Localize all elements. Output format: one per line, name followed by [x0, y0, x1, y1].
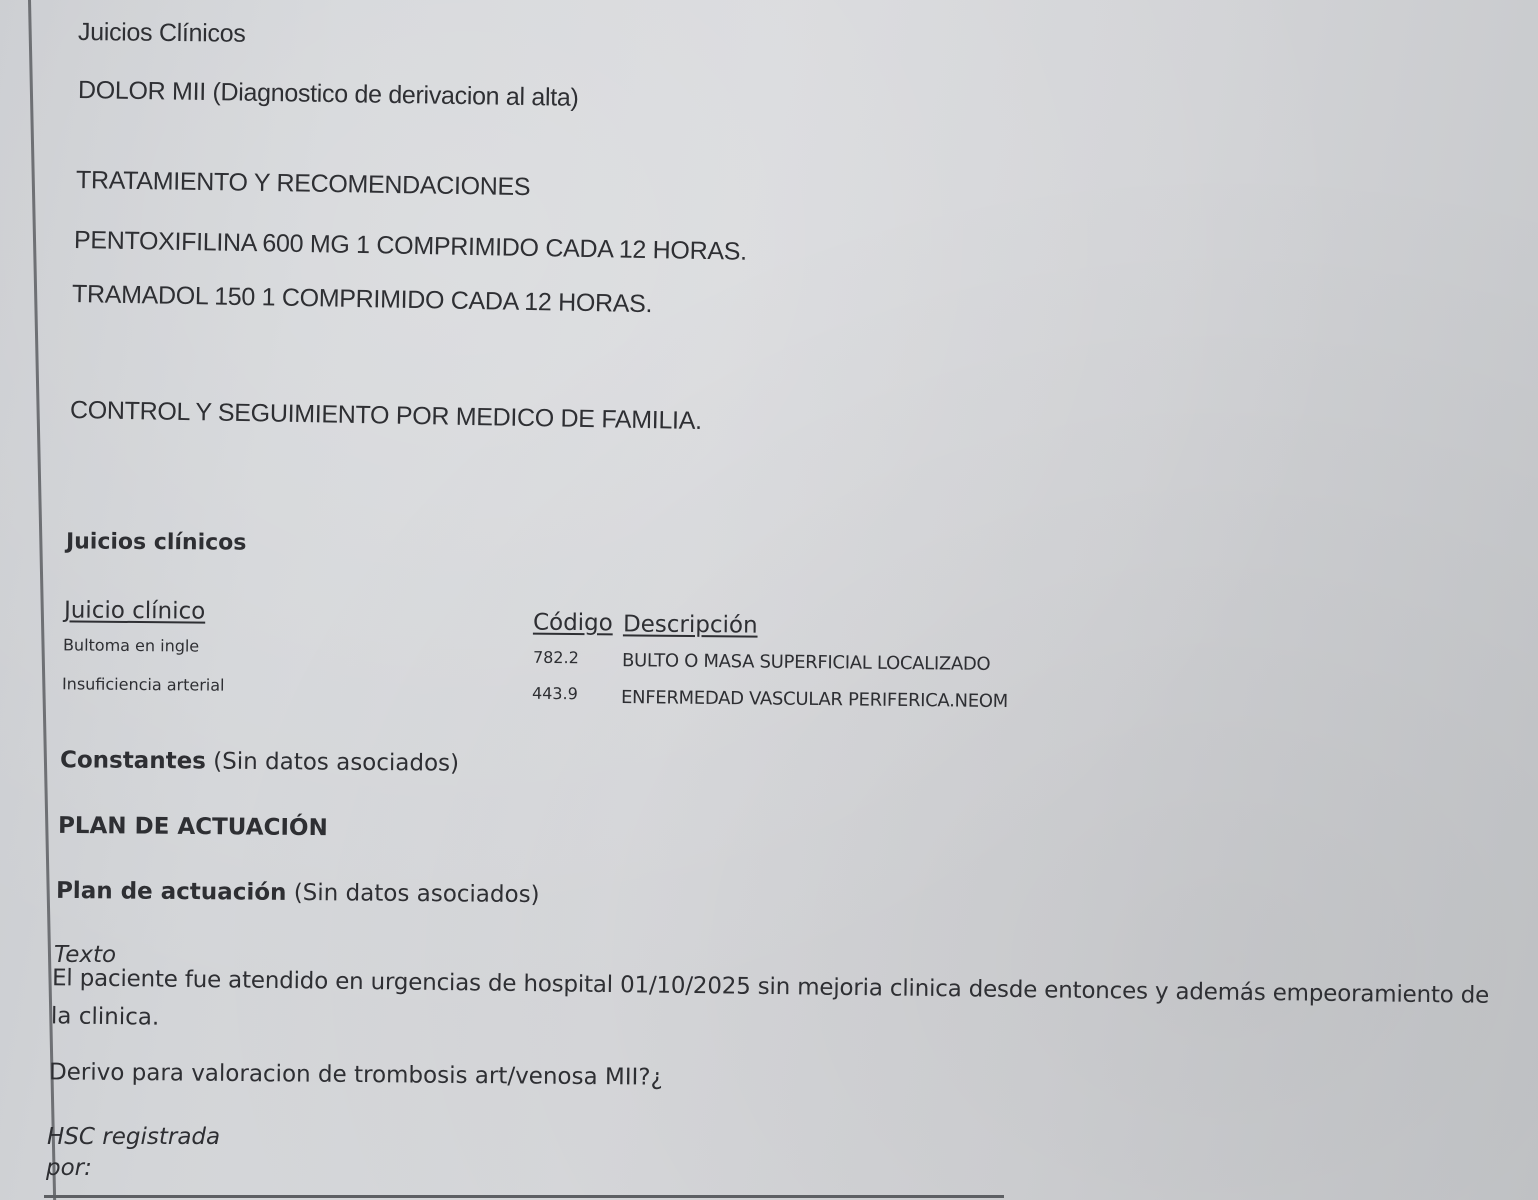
clinical-document-page: Juicios Clínicos DOLOR MII (Diagnostico …	[0, 0, 1538, 1200]
discharge-diagnosis: DOLOR MII (Diagnostico de derivacion al …	[78, 76, 579, 113]
registered-by-por: por:	[46, 1155, 92, 1181]
code-cell: 782.2	[533, 648, 579, 667]
column-header-judgment: Juicio clínico	[64, 597, 206, 624]
registered-by-label: HSC registrada	[47, 1124, 220, 1150]
plan-label: Plan de actuación	[56, 878, 287, 906]
judgment-cell: Bultoma en ingle	[63, 635, 199, 655]
texto-line-2: la clinica.	[51, 1003, 160, 1030]
medication-pentoxifilina: PENTOXIFILINA 600 MG 1 COMPRIMIDO CADA 1…	[74, 226, 747, 267]
constantes-value: (Sin datos asociados)	[213, 749, 459, 777]
plan-value: (Sin datos asociados)	[294, 880, 540, 908]
column-header-code: Código	[533, 610, 613, 637]
constantes-label: Constantes	[60, 747, 206, 774]
follow-up-note: CONTROL Y SEGUIMIENTO POR MEDICO DE FAMI…	[70, 396, 702, 436]
clinical-judgments-heading: Juicios clínicos	[66, 529, 247, 555]
treatment-heading: TRATAMIENTO Y RECOMENDACIONES	[76, 166, 531, 202]
texto-label: Texto	[54, 942, 116, 968]
plan-heading: PLAN DE ACTUACIÓN	[58, 813, 328, 841]
plan-line: Plan de actuación (Sin datos asociados)	[56, 878, 540, 908]
description-cell: BULTO O MASA SUPERFICIAL LOCALIZADO	[622, 650, 991, 675]
texto-line-1: El paciente fue atendido en urgencias de…	[52, 965, 1489, 1009]
description-cell: ENFERMEDAD VASCULAR PERIFERICA.NEOM	[621, 687, 1008, 712]
constantes-line: Constantes (Sin datos asociados)	[60, 747, 459, 776]
code-cell: 443.9	[532, 684, 578, 703]
referral-note: Derivo para valoracion de trombosis art/…	[49, 1059, 663, 1090]
judgment-cell: Insuficiencia arterial	[62, 674, 225, 694]
bottom-divider	[44, 1195, 1004, 1198]
medication-tramadol: TRAMADOL 150 1 COMPRIMIDO CADA 12 HORAS.	[72, 280, 653, 319]
column-header-description: Descripción	[623, 611, 758, 638]
juicios-clinicos-heading: Juicios Clínicos	[78, 18, 246, 49]
